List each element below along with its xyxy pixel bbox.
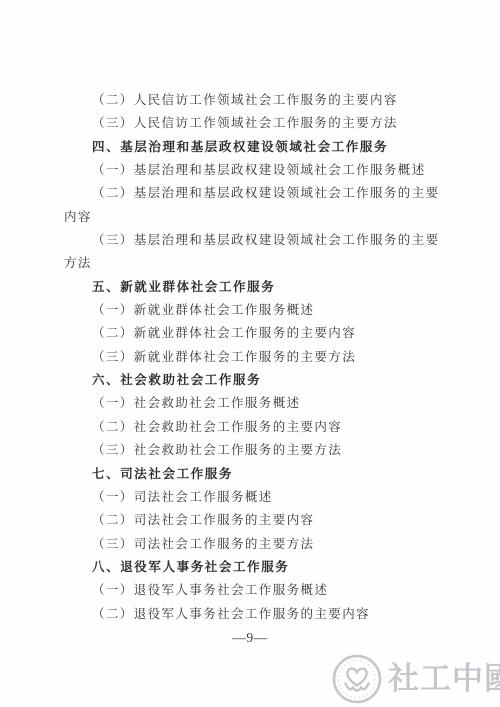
toc-line: （二）人民信访工作领域社会工作服务的主要内容 — [64, 89, 444, 112]
toc-line: （一）社会救助社会工作服务概述 — [64, 392, 444, 415]
toc-line: （一）退役军人事务社会工作服务概述 — [64, 579, 444, 602]
toc-heading: 八、退役军人事务社会工作服务 — [64, 556, 444, 579]
toc-line: （一）基层治理和基层政权建设领域社会工作服务概述 — [64, 159, 444, 182]
watermark: 社工中國 — [331, 653, 500, 705]
toc-line: 内容 — [64, 206, 444, 229]
toc-line: （二）新就业群体社会工作服务的主要内容 — [64, 322, 444, 345]
toc-line: （三）基层治理和基层政权建设领域社会工作服务的主要 — [64, 229, 444, 252]
toc-line: （三）社会救助社会工作服务的主要方法 — [64, 439, 444, 462]
toc-line: （三）人民信访工作领域社会工作服务的主要方法 — [64, 112, 444, 135]
toc-heading: 六、社会救助社会工作服务 — [64, 369, 444, 392]
toc-line: （三）新就业群体社会工作服务的主要方法 — [64, 346, 444, 369]
toc-line: （二）退役军人事务社会工作服务的主要内容 — [64, 603, 444, 626]
toc-heading: 五、新就业群体社会工作服务 — [64, 276, 444, 299]
toc-line: 方法 — [64, 252, 444, 275]
toc-line: （一）新就业群体社会工作服务概述 — [64, 299, 444, 322]
toc-line: （一）司法社会工作服务概述 — [64, 486, 444, 509]
document-page: （二）人民信访工作领域社会工作服务的主要内容（三）人民信访工作领域社会工作服务的… — [0, 0, 500, 707]
toc-line: （二）基层治理和基层政权建设领域社会工作服务的主要 — [64, 182, 444, 205]
toc-heading: 七、司法社会工作服务 — [64, 463, 444, 486]
toc-line: （三）司法社会工作服务的主要方法 — [64, 533, 444, 556]
toc-content: （二）人民信访工作领域社会工作服务的主要内容（三）人民信访工作领域社会工作服务的… — [64, 89, 444, 626]
toc-line: （二）司法社会工作服务的主要内容 — [64, 509, 444, 532]
toc-heading: 四、基层治理和基层政权建设领域社会工作服务 — [64, 136, 444, 159]
page-number: —9— — [64, 626, 436, 649]
toc-line: （二）社会救助社会工作服务的主要内容 — [64, 416, 444, 439]
heart-hands-logo-icon — [331, 653, 383, 705]
watermark-text: 社工中國 — [388, 653, 500, 705]
